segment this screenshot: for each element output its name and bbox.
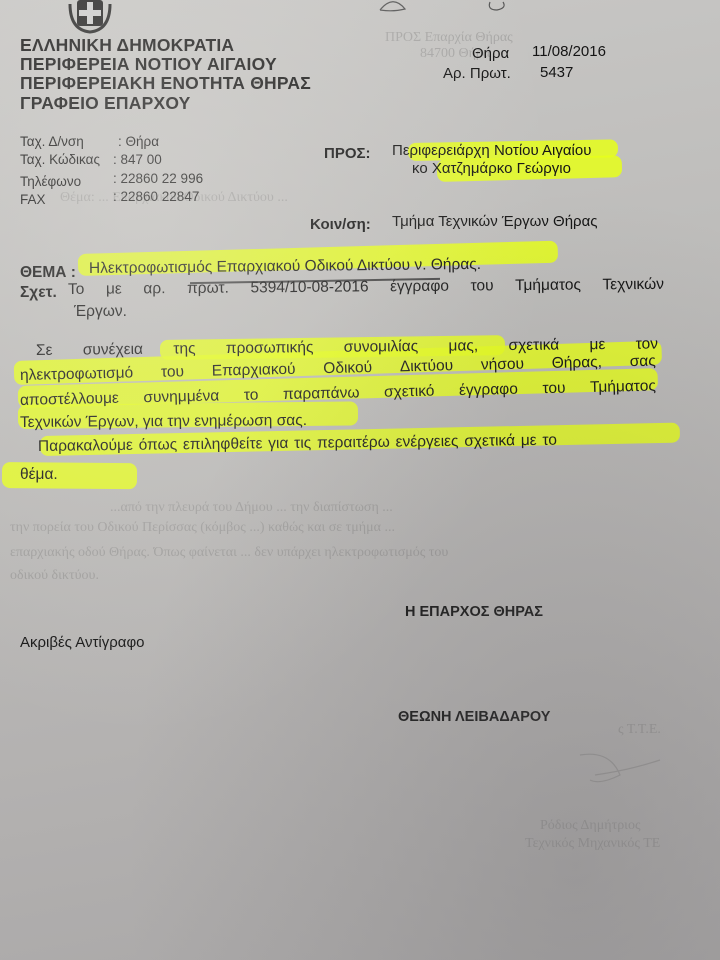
protocol-label: Αρ. Πρωτ. [443,65,511,82]
contact-label: Τηλέφωνο [20,174,81,189]
reference-line-2: Έργων. [74,303,127,321]
header-line-2: ΠΕΡΙΦΕΡΕΙΑ ΝΟΤΙΟΥ ΑΙΓΑΙΟΥ [20,54,277,75]
bleed-through-text: οδικού δικτύου. [10,568,99,584]
document-date: 11/08/2016 [532,43,606,60]
reference-word: του [470,277,493,295]
body-word: Δικτύου [400,357,454,376]
cc-value: Τμήμα Τεχνικών Έργων Θήρας [392,213,597,230]
reference-word: έγγραφο [390,278,449,297]
certified-copy-label: Ακριβές Αντίγραφο [20,634,145,651]
body-word: νήσου [481,356,524,375]
body-paragraph-2-line-2: θέμα. [20,466,58,484]
bleed-through-text: ς Τ.Τ.Ε. [618,722,661,738]
reference-label: Σχετ. [20,284,57,302]
body-word: προσωπικής [226,339,314,358]
subject-value: Ηλεκτροφωτισμός Επαρχιακού Οδικού Δικτύο… [89,256,481,278]
reference-word: πρωτ. [187,280,229,298]
body-word: Οδικού [323,359,372,378]
body-word: Επαρχιακού [212,361,296,381]
bleed-through-text: επαρχιακής οδού Θήρας. Όπως φαίνεται ...… [10,545,448,561]
recipient-line-1: Περιφερειάρχη Νοτίου Αιγαίου [392,142,591,159]
bleed-through-text: Τεχνικός Μηχανικός ΤΕ [525,836,660,852]
body-word: συνέχεια [83,341,143,360]
bleed-through-text: Ρόδιος Δημήτριος [540,818,641,834]
reference-word: Το [68,281,85,299]
header-line-3: ΠΕΡΙΦΕΡΕΙΑΚΗ ΕΝΟΤΗΤΑ ΘΗΡΑΣ [20,73,311,94]
contact-value: : 22860 22 996 [113,171,203,186]
body-word: συνημμένα [143,387,219,407]
reference-word: Τεχνικών [602,276,664,295]
body-word: παραπάνω [283,384,360,404]
recipient-line-2: κο Χατζημάρκο Γεώργιο [412,160,571,177]
body-word: Σε [36,342,53,360]
handwritten-mark [375,0,515,14]
body-line-4: Τεχνικών Έργων, για την ενημέρωση σας. [20,412,307,432]
contact-label: Ταχ. Δ/νση [20,134,84,149]
signature-name: ΘΕΩΝΗ ΛΕΙΒΑΔΑΡΟΥ [398,709,550,725]
contact-label: Ταχ. Κώδικας [20,152,100,167]
document-place: Θήρα [472,45,509,62]
contact-value: : 847 00 [113,152,162,167]
signature-title: Η ΕΠΑΡΧΟΣ ΘΗΡΑΣ [405,604,543,620]
reference-word: Τμήματος [515,277,581,296]
body-word: σχετικό [384,383,435,402]
document-page: ΠΡΟΣ Επαρχία Θήρας 84700 Θήρα Θέμα: ... … [0,0,720,960]
subject-label: ΘΕΜΑ : [20,264,76,282]
header-line-4: ΓΡΑΦΕΙΟ ΕΠΑΡΧΟΥ [20,93,191,114]
body-word: του [542,380,565,399]
header-line-1: ΕΛΛΗΝΙΚΗ ΔΗΜΟΚΡΑΤΙΑ [20,35,234,56]
body-word: μας, [448,337,478,355]
bleed-through-text: ΠΡΟΣ Επαρχία Θήρας [385,30,513,46]
reference-word: αρ. [143,280,165,298]
body-word: το [244,387,259,405]
cc-label: Κοιν/ση: [310,216,371,233]
body-word: Θήρας, [552,354,603,373]
body-word: με [589,336,605,354]
reference-word: 5394/10-08-2016 [250,278,368,297]
body-word: έγγραφο [459,381,518,400]
greek-coat-of-arms-icon [66,0,114,34]
recipient-label: ΠΡΟΣ: [324,145,371,162]
signature-scribble [560,745,680,805]
reference-word: με [106,281,122,299]
contact-value: : Θήρα [118,134,159,149]
body-word: Τμήματος [590,378,656,397]
body-word: αποστέλλουμε [20,390,119,410]
protocol-number: 5437 [540,64,573,81]
contact-value: : 22860 22847 [113,189,199,204]
bleed-through-text: την πορεία του Οδικού Περίσσας (κόμβος .… [10,520,395,536]
body-word: ηλεκτροφωτισμό [20,364,134,385]
body-word: της [173,340,195,358]
body-word: σχετικά [508,337,559,356]
body-word: συνομιλίας [344,338,419,357]
contact-label: FAX [20,192,46,207]
body-word: σας [630,353,656,372]
body-word: του [161,363,184,382]
body-word: τον [636,335,658,353]
reference-line-1: Το με αρ. πρωτ. 5394/10-08-2016 έγγραφο … [68,276,664,299]
bleed-through-text: ...από την πλευρά του Δήμου ... την διαπ… [110,500,393,516]
